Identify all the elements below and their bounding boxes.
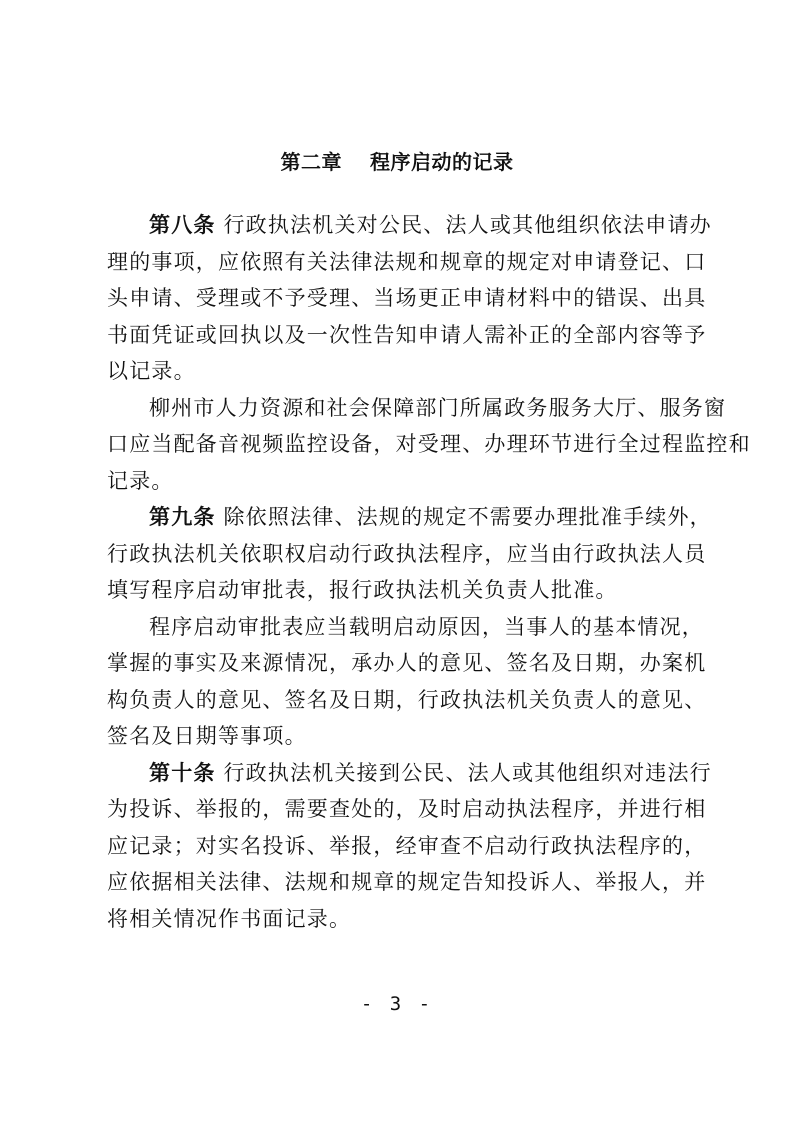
- text-line: 口应当配备音视频监控设备，对受理、办理环节进行全过程监控和: [107, 426, 687, 463]
- article-label: 第八条: [149, 213, 216, 237]
- article-10-paragraph: 第十条 行政执法机关接到公民、法人或其他组织对违法行 为投诉、举报的，需要查处的…: [107, 755, 687, 938]
- text-line: 将相关情况作书面记录。: [107, 901, 687, 938]
- text-line: 行政执法机关依职权启动行政执法程序，应当由行政执法人员: [107, 536, 687, 573]
- article-label: 第九条: [149, 505, 216, 529]
- page-number: - 3 -: [0, 993, 794, 1015]
- article-8-paragraph: 第八条 行政执法机关对公民、法人或其他组织依法申请办 理的事项，应依照有关法律法…: [107, 207, 687, 390]
- text-line: 应依据相关法律、法规和规章的规定告知投诉人、举报人，并: [107, 864, 687, 901]
- text-line: 第九条 除依照法律、法规的规定不需要办理批准手续外，: [107, 499, 687, 536]
- text-line: 应记录；对实名投诉、举报，经审查不启动行政执法程序的，: [107, 828, 687, 865]
- chapter-number: 第二章: [281, 150, 343, 174]
- text-line: 以记录。: [107, 353, 687, 390]
- text-line: 柳州市人力资源和社会保障部门所属政务服务大厅、服务窗: [107, 390, 687, 427]
- text-line: 理的事项，应依照有关法律法规和规章的规定对申请登记、口: [107, 244, 687, 281]
- text-line: 程序启动审批表应当载明启动原因，当事人的基本情况，: [107, 609, 687, 646]
- text-line: 头申请、受理或不予受理、当场更正申请材料中的错误、出具: [107, 280, 687, 317]
- text-line: 第八条 行政执法机关对公民、法人或其他组织依法申请办: [107, 207, 687, 244]
- document-body: 第八条 行政执法机关对公民、法人或其他组织依法申请办 理的事项，应依照有关法律法…: [107, 207, 687, 937]
- text-line: 构负责人的意见、签名及日期，行政执法机关负责人的意见、: [107, 682, 687, 719]
- text-line: 为投诉、举报的，需要查处的，及时启动执法程序，并进行相: [107, 791, 687, 828]
- text-line: 填写程序启动审批表，报行政执法机关负责人批准。: [107, 572, 687, 609]
- text-line: 签名及日期等事项。: [107, 718, 687, 755]
- service-hall-paragraph: 柳州市人力资源和社会保障部门所属政务服务大厅、服务窗 口应当配备音视频监控设备，…: [107, 390, 687, 500]
- approval-form-paragraph: 程序启动审批表应当载明启动原因，当事人的基本情况， 掌握的事实及来源情况，承办人…: [107, 609, 687, 755]
- article-9-paragraph: 第九条 除依照法律、法规的规定不需要办理批准手续外， 行政执法机关依职权启动行政…: [107, 499, 687, 609]
- chapter-title: 程序启动的记录: [370, 150, 514, 174]
- text-line: 书面凭证或回执以及一次性告知申请人需补正的全部内容等予: [107, 317, 687, 354]
- article-label: 第十条: [149, 761, 216, 785]
- document-page: 第二章程序启动的记录 第八条 行政执法机关对公民、法人或其他组织依法申请办 理的…: [0, 0, 794, 1123]
- text-line: 第十条 行政执法机关接到公民、法人或其他组织对违法行: [107, 755, 687, 792]
- text-line: 记录。: [107, 463, 687, 500]
- text-line: 掌握的事实及来源情况，承办人的意见、签名及日期，办案机: [107, 645, 687, 682]
- chapter-heading: 第二章程序启动的记录: [0, 146, 794, 175]
